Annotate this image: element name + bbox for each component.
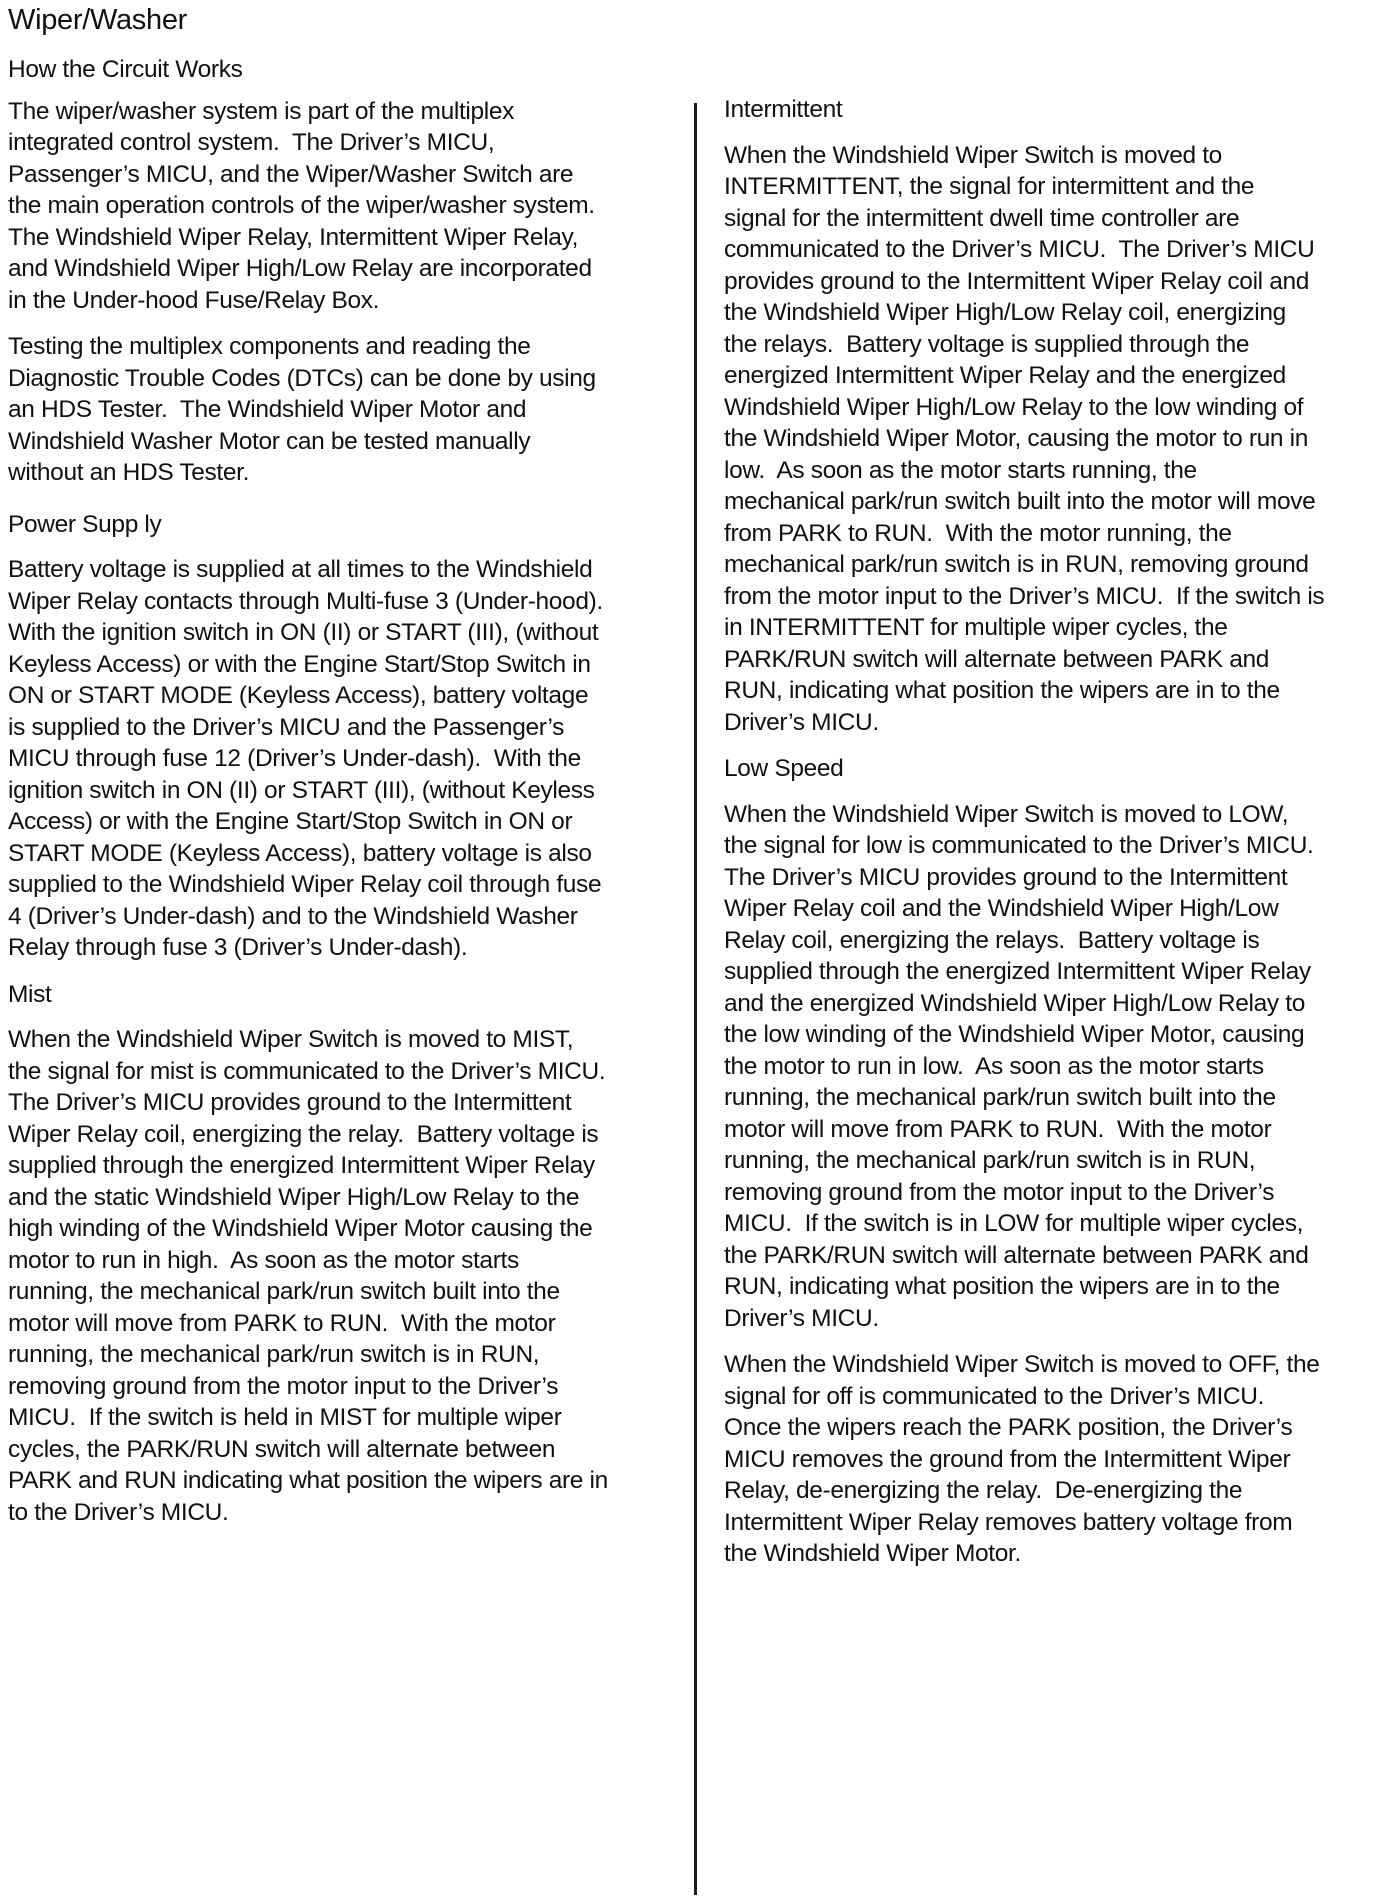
text-line: The Driver’s MICU provides ground to the… bbox=[8, 1087, 678, 1119]
text-line: motor will move from PARK to RUN. With t… bbox=[8, 1308, 678, 1340]
text-line: is supplied to the Driver’s MICU and the… bbox=[8, 712, 678, 744]
text-line: in INTERMITTENT for multiple wiper cycle… bbox=[724, 612, 1384, 644]
text-line: signal for off is communicated to the Dr… bbox=[724, 1381, 1384, 1413]
text-line: provides ground to the Intermittent Wipe… bbox=[724, 266, 1384, 298]
text-line: the Windshield Wiper Motor, causing the … bbox=[724, 423, 1384, 455]
text-line: supplied to the Windshield Wiper Relay c… bbox=[8, 869, 678, 901]
text-line: Wiper Relay contacts through Multi-fuse … bbox=[8, 586, 678, 618]
text-line: Wiper Relay coil and the Windshield Wipe… bbox=[724, 893, 1384, 925]
paragraph-power-supply: Battery voltage is supplied at all times… bbox=[8, 554, 678, 964]
text-line: Testing the multiplex components and rea… bbox=[8, 331, 678, 363]
text-line: cycles, the PARK/RUN switch will alterna… bbox=[8, 1434, 678, 1466]
text-line: PARK and RUN indicating what position th… bbox=[8, 1465, 678, 1497]
section-heading-low-speed: Low Speed bbox=[724, 753, 1384, 785]
text-line: from the motor input to the Driver’s MIC… bbox=[724, 581, 1384, 613]
text-line: and Windshield Wiper High/Low Relay are … bbox=[8, 253, 678, 285]
text-line: and the energized Windshield Wiper High/… bbox=[724, 988, 1384, 1020]
section-heading-mist: Mist bbox=[8, 979, 678, 1011]
paragraph-testing: Testing the multiplex components and rea… bbox=[8, 331, 678, 489]
text-line: Relay coil, energizing the relays. Batte… bbox=[724, 925, 1384, 957]
text-line: mechanical park/run switch built into th… bbox=[724, 486, 1384, 518]
text-line: running, the mechanical park/run switch … bbox=[724, 1145, 1384, 1177]
text-line: removing ground from the motor input to … bbox=[8, 1371, 678, 1403]
text-line: Windshield Washer Motor can be tested ma… bbox=[8, 426, 678, 458]
text-line: without an HDS Tester. bbox=[8, 457, 678, 489]
text-line: RUN, indicating what position the wipers… bbox=[724, 1271, 1384, 1303]
text-line: The Windshield Wiper Relay, Intermittent… bbox=[8, 222, 678, 254]
text-line: Driver’s MICU. bbox=[724, 1303, 1384, 1335]
text-line: MICU through fuse 12 (Driver’s Under-das… bbox=[8, 743, 678, 775]
text-line: running, the mechanical park/run switch … bbox=[8, 1276, 678, 1308]
text-line: Access) or with the Engine Start/Stop Sw… bbox=[8, 806, 678, 838]
paragraph-intermittent: When the Windshield Wiper Switch is move… bbox=[724, 140, 1384, 739]
text-line: removing ground from the motor input to … bbox=[724, 1177, 1384, 1209]
text-line: supplied through the energized Intermitt… bbox=[724, 956, 1384, 988]
text-line: Relay through fuse 3 (Driver’s Under-das… bbox=[8, 932, 678, 964]
text-line: running, the mechanical park/run switch … bbox=[8, 1339, 678, 1371]
paragraph-off: When the Windshield Wiper Switch is move… bbox=[724, 1349, 1384, 1570]
text-line: energized Intermittent Wiper Relay and t… bbox=[724, 360, 1384, 392]
text-line: Wiper Relay coil, energizing the relay. … bbox=[8, 1119, 678, 1151]
text-line: Battery voltage is supplied at all times… bbox=[8, 554, 678, 586]
text-line: and the static Windshield Wiper High/Low… bbox=[8, 1182, 678, 1214]
text-line: ignition switch in ON (II) or START (III… bbox=[8, 775, 678, 807]
text-line: When the Windshield Wiper Switch is move… bbox=[724, 140, 1384, 172]
text-line: MICU removes the ground from the Intermi… bbox=[724, 1444, 1384, 1476]
text-line: the Windshield Wiper Motor. bbox=[724, 1538, 1384, 1570]
text-line: signal for the intermittent dwell time c… bbox=[724, 203, 1384, 235]
text-line: The wiper/washer system is part of the m… bbox=[8, 96, 678, 128]
text-line: START MODE (Keyless Access), battery vol… bbox=[8, 838, 678, 870]
text-line: the main operation controls of the wiper… bbox=[8, 190, 678, 222]
text-line: Relay, de-energizing the relay. De-energ… bbox=[724, 1475, 1384, 1507]
paragraph-mist: When the Windshield Wiper Switch is move… bbox=[8, 1024, 678, 1528]
text-line: Once the wipers reach the PARK position,… bbox=[724, 1412, 1384, 1444]
text-line: 4 (Driver’s Under-dash) and to the Winds… bbox=[8, 901, 678, 933]
text-line: motor will move from PARK to RUN. With t… bbox=[724, 1114, 1384, 1146]
text-line: mechanical park/run switch is in RUN, re… bbox=[724, 549, 1384, 581]
text-line: high winding of the Windshield Wiper Mot… bbox=[8, 1213, 678, 1245]
text-line: running, the mechanical park/run switch … bbox=[724, 1082, 1384, 1114]
text-line: MICU. If the switch is in LOW for multip… bbox=[724, 1208, 1384, 1240]
text-line: low. As soon as the motor starts running… bbox=[724, 455, 1384, 487]
column-divider bbox=[694, 103, 697, 1895]
text-line: Keyless Access) or with the Engine Start… bbox=[8, 649, 678, 681]
text-line: PARK/RUN switch will alternate between P… bbox=[724, 644, 1384, 676]
text-line: in the Under-hood Fuse/Relay Box. bbox=[8, 285, 678, 317]
text-line: Passenger’s MICU, and the Wiper/Washer S… bbox=[8, 159, 678, 191]
text-line: the low winding of the Windshield Wiper … bbox=[724, 1019, 1384, 1051]
text-line: RUN, indicating what position the wipers… bbox=[724, 675, 1384, 707]
text-line: ON or START MODE (Keyless Access), batte… bbox=[8, 680, 678, 712]
text-line: Diagnostic Trouble Codes (DTCs) can be d… bbox=[8, 363, 678, 395]
text-line: from PARK to RUN. With the motor running… bbox=[724, 518, 1384, 550]
text-line: Windshield Wiper High/Low Relay to the l… bbox=[724, 392, 1384, 424]
section-heading-intermittent: Intermittent bbox=[724, 94, 1384, 126]
text-line: supplied through the energized Intermitt… bbox=[8, 1150, 678, 1182]
text-line: the Windshield Wiper High/Low Relay coil… bbox=[724, 297, 1384, 329]
text-line: the relays. Battery voltage is supplied … bbox=[724, 329, 1384, 361]
text-line: communicated to the Driver’s MICU. The D… bbox=[724, 234, 1384, 266]
section-heading-how-circuit-works: How the Circuit Works bbox=[8, 54, 678, 86]
text-line: When the Windshield Wiper Switch is move… bbox=[8, 1024, 678, 1056]
text-line: to the Driver’s MICU. bbox=[8, 1497, 678, 1529]
text-line: an HDS Tester. The Windshield Wiper Moto… bbox=[8, 394, 678, 426]
right-column: Intermittent When the Windshield Wiper S… bbox=[724, 94, 1384, 1585]
text-line: When the Windshield Wiper Switch is move… bbox=[724, 799, 1384, 831]
text-line: INTERMITTENT, the signal for intermitten… bbox=[724, 171, 1384, 203]
text-line: Intermittent Wiper Relay removes battery… bbox=[724, 1507, 1384, 1539]
text-line: the motor to run in low. As soon as the … bbox=[724, 1051, 1384, 1083]
text-line: integrated control system. The Driver’s … bbox=[8, 127, 678, 159]
text-line: When the Windshield Wiper Switch is move… bbox=[724, 1349, 1384, 1381]
text-line: The Driver’s MICU provides ground to the… bbox=[724, 862, 1384, 894]
text-line: motor to run in high. As soon as the mot… bbox=[8, 1245, 678, 1277]
text-line: the signal for low is communicated to th… bbox=[724, 830, 1384, 862]
page-title: Wiper/Washer bbox=[8, 2, 187, 38]
section-heading-power-supply: Power Supp ly bbox=[8, 509, 678, 541]
paragraph-low-speed: When the Windshield Wiper Switch is move… bbox=[724, 799, 1384, 1335]
text-line: MICU. If the switch is held in MIST for … bbox=[8, 1402, 678, 1434]
paragraph-overview: The wiper/washer system is part of the m… bbox=[8, 96, 678, 317]
text-line: the PARK/RUN switch will alternate betwe… bbox=[724, 1240, 1384, 1272]
left-column: How the Circuit Works The wiper/washer s… bbox=[8, 54, 678, 1543]
text-line: Driver’s MICU. bbox=[724, 707, 1384, 739]
text-line: With the ignition switch in ON (II) or S… bbox=[8, 617, 678, 649]
text-line: the signal for mist is communicated to t… bbox=[8, 1056, 678, 1088]
